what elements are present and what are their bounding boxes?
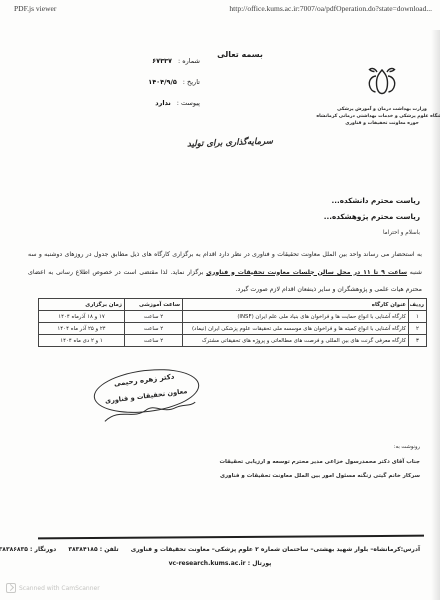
header-training-hours: ساعت آموزشی [125, 299, 183, 311]
row3-title: کارگاه معرفی گرنت های بین المللی و فرصت … [183, 335, 409, 347]
number-label: شماره : [178, 57, 200, 65]
footer-phone-value: ۳۸۳۸۴۱۸۵ [68, 546, 97, 553]
letter-number-row: شماره : ۶۷۳۳۷ [100, 57, 200, 65]
recipient-faculty: ریاست محترم دانشکده... [324, 193, 420, 209]
footer-fax-value: ۳۸۳۸۶۸۳۵ [0, 546, 28, 553]
header-row-number: ردیف [409, 299, 427, 311]
row1-title: کارگاه آشنایی با انواع حمایت ها و فراخوا… [183, 311, 409, 323]
table-row: ۱ کارگاه آشنایی با انواع حمایت ها و فراخ… [39, 311, 427, 323]
row1-hours: ۲ ساعت [125, 311, 183, 323]
footer-address: آدرس:کرمانشاه– بلوار شهید بهشتی– ساختمان… [131, 546, 420, 553]
footer-portal-url: vc-research.kums.ac.ir [169, 560, 246, 567]
camscanner-text: Scanned with CamScanner [19, 585, 100, 592]
number-value: ۶۷۳۳۷ [152, 57, 172, 65]
cc-item-zanganeh: سرکار خانم گیتی زنگنه مسئول امور بین الم… [219, 470, 420, 484]
letter-body-paragraph: به استحضار می رساند واحد بین الملل معاون… [28, 246, 422, 299]
footer-phone-label: تلفن : [100, 546, 119, 553]
recipient-institute: ریاست محترم پژوهشکده... [324, 209, 420, 225]
year-slogan-calligraphy: سرمایه‌گذاری برای تولید [120, 134, 340, 152]
table-row: ۳ کارگاه معرفی گرنت های بین المللی و فرص… [39, 335, 427, 347]
attachment-value: ندارد [155, 99, 171, 107]
signature-stamp: دکتر زهره رحیمی معاون تحقیقات و فناوری [91, 364, 202, 427]
row2-title: کارگاه آشنایی با انواع کمیته ها و فراخوا… [183, 323, 409, 335]
table-row: ۲ کارگاه آشنایی با انواع کمیته ها و فراخ… [39, 323, 427, 335]
footer-portal-label: پورتال : [248, 560, 272, 567]
salutation-text: باسلام و احتراما [383, 230, 420, 236]
org-line-deputy: حوزه معاونت تحقیقات و فناوری [316, 120, 440, 127]
letter-attachment-row: پیوست : ندارد [100, 99, 200, 107]
pdf-print-page: PDF.js viewer http://office.kums.ac.ir:7… [0, 0, 440, 600]
footer-rule [38, 535, 424, 540]
letterhead-org-lines: وزارت بهداشت درمان و آموزش پزشکی دانشگاه… [316, 106, 440, 128]
camscanner-icon [6, 583, 16, 593]
org-line-university: دانشگاه علوم پزشکی و خدمات بهداشتی درمان… [316, 113, 440, 120]
bismillah-text: بسمه تعالی [0, 50, 440, 59]
footer-portal-line: پورتال : vc-research.kums.ac.ir [20, 560, 420, 567]
row3-hours: ۲ ساعت [125, 335, 183, 347]
row1-date: ۱۷ و ۱۸ آذرماه ۱۴۰۴ [39, 311, 125, 323]
camscanner-watermark: Scanned with CamScanner [6, 583, 100, 593]
print-header: PDF.js viewer http://office.kums.ac.ir:7… [0, 4, 440, 18]
letter-meta-block: شماره : ۶۷۳۳۷ تاریخ : ۱۴۰۴/۹/۵ پیوست : ن… [100, 57, 200, 120]
cc-item-khazaei: جناب آقای دکتر محمدرسول خزاعی مدیر محترم… [219, 456, 420, 470]
org-line-ministry: وزارت بهداشت درمان و آموزش پزشکی [316, 106, 440, 113]
date-value: ۱۴۰۴/۹/۵ [148, 78, 177, 86]
document-url: http://office.kums.ac.ir:7007/oa/pdfOper… [229, 4, 432, 13]
footer-contact-line: آدرس:کرمانشاه– بلوار شهید بهشتی– ساختمان… [20, 546, 420, 553]
pdf-viewer-title: PDF.js viewer [14, 4, 56, 13]
recipients-block: ریاست محترم دانشکده... ریاست محترم پژوهش… [324, 193, 420, 224]
row2-date: ۲۴ و ۲۵ آذر ماه ۱۴۰۴ [39, 323, 125, 335]
ministry-logo-icon [360, 64, 404, 106]
row1-number: ۱ [409, 311, 427, 323]
row3-number: ۳ [409, 335, 427, 347]
table-header-row: ردیف عنوان کارگاه ساعت آموزشی زمان برگزا… [39, 299, 427, 311]
row2-number: ۲ [409, 323, 427, 335]
cc-block: رونوشت به: جناب آقای دکتر محمدرسول خزاعی… [219, 444, 420, 483]
row2-hours: ۲ ساعت [125, 323, 183, 335]
workshops-table: ردیف عنوان کارگاه ساعت آموزشی زمان برگزا… [38, 298, 427, 347]
date-label: تاریخ : [183, 78, 200, 86]
attachment-label: پیوست : [177, 99, 200, 107]
row3-date: ۱ و ۲ دی ماه ۱۴۰۴ [39, 335, 125, 347]
header-workshop-title: عنوان کارگاه [183, 299, 409, 311]
footer-fax-label: دورنگار : [30, 546, 56, 553]
body-text-emphasis: ساعت ۹ تا ۱۱ در محل سالن جلسات معاونت تح… [206, 269, 407, 276]
cc-label: رونوشت به: [219, 444, 420, 450]
header-schedule: زمان برگزاری [39, 299, 125, 311]
letter-date-row: تاریخ : ۱۴۰۴/۹/۵ [100, 78, 200, 86]
